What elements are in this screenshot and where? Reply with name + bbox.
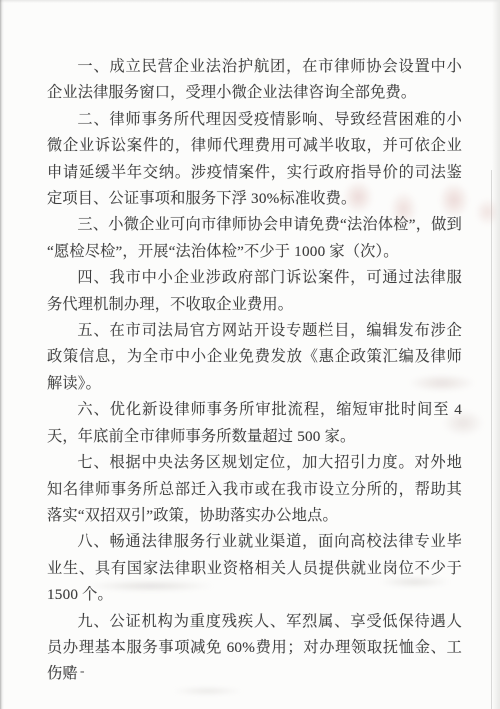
paragraph-2: 二、律师事务所代理因受疫情影响、导致经营困难的小微企业诉讼案件的，律师代理费用可…	[47, 107, 462, 213]
paper-right-edge-line	[491, 170, 492, 709]
paragraph-5: 五、在市司法局官方网站开设专题栏目，编辑发布涉企政策信息，为全市中小企业免费发放…	[47, 318, 462, 397]
paper-top-edge	[0, 0, 500, 3]
paragraph-9: 九、公证机构为重度残疾人、军烈属、享受低保待遇人员办理基本服务事项减免 60%费…	[47, 609, 462, 688]
paragraph-6: 六、优化新设律师事务所审批流程，缩短审批时间至 4 天，年底前全市律师事务所数量…	[47, 397, 462, 450]
document-body: 一、成立民营企业法治护航团，在市律师协会设置中小企业法律服务窗口，受理小微企业法…	[47, 54, 462, 688]
paper-right-edge	[492, 0, 500, 709]
paper-left-edge	[0, 0, 4, 709]
paragraph-3: 三、小微企业可向市律师协会申请免费“法治体检”，做到“愿检尽检”，开展“法治体检…	[47, 212, 462, 265]
scanned-document-page: 一、成立民营企业法治护航团，在市律师协会设置中小企业法律服务窗口，受理小微企业法…	[0, 0, 500, 709]
paragraph-8: 八、畅通法律服务行业就业渠道，面向高校法律专业毕业生、具有国家法律职业资格相关人…	[47, 529, 462, 608]
page-number: - 2 -	[56, 662, 86, 680]
paragraph-1: 一、成立民营企业法治护航团，在市律师协会设置中小企业法律服务窗口，受理小微企业法…	[47, 54, 462, 107]
paragraph-4: 四、我市中小企业涉政府部门诉讼案件，可通过法律服务代理机制办理，不收取企业费用。	[47, 265, 462, 318]
paragraph-7: 七、根据中央法务区规划定位，加大招引力度。对外地知名律师事务所总部迁入我市或在我…	[47, 450, 462, 529]
